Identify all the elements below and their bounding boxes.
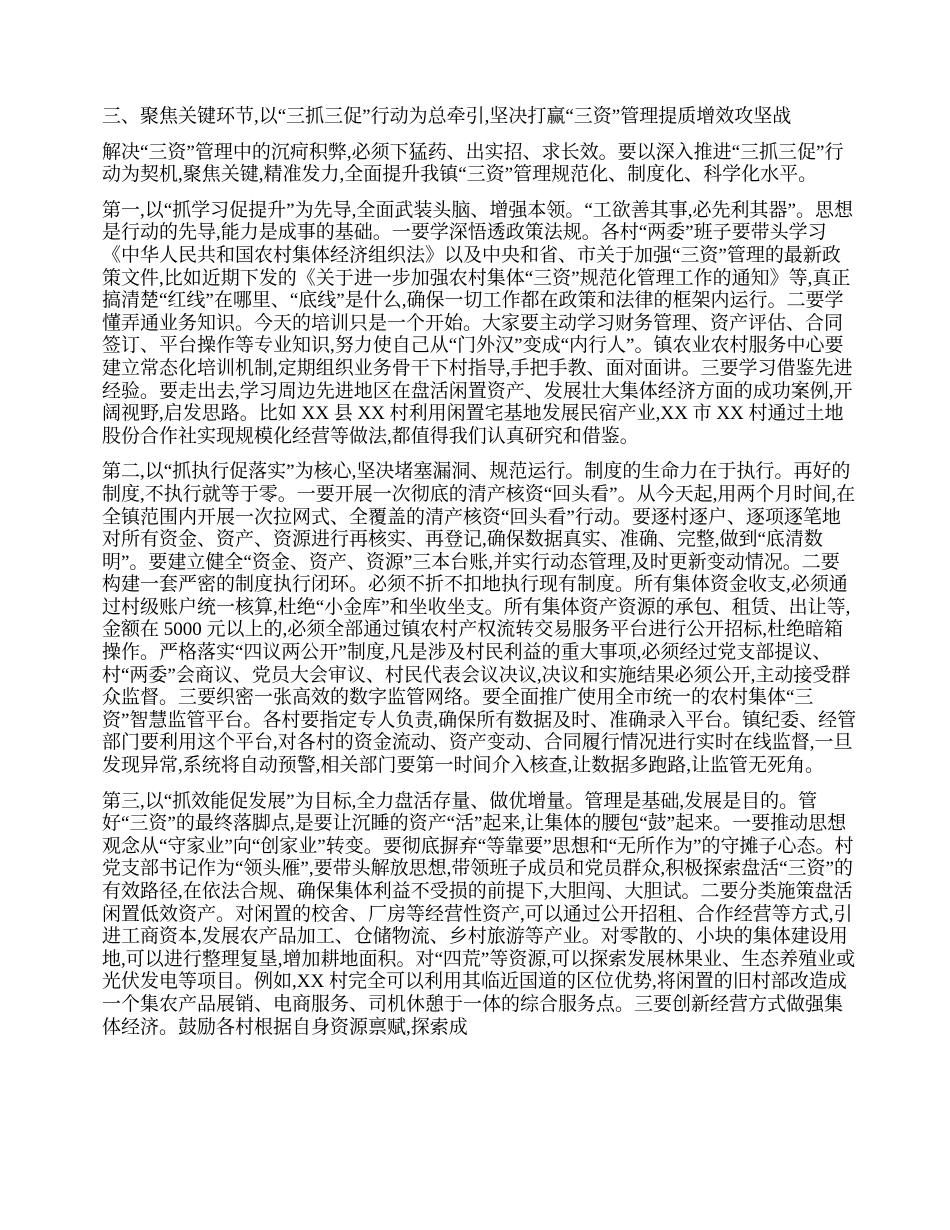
document-heading: 三、聚焦关键环节,以“三抓三促”行动为总牵引,坚决打赢“三资”管理提质增效攻坚战: [102, 106, 858, 129]
paragraph-point-one-learning: 第一,以“抓学习促提升”为先导,全面武装头脑、增强本领。“工欲善其事,必先利其器…: [102, 200, 858, 449]
paragraph-overview: 解决“三资”管理中的沉疴积弊,必须下猛药、出实招、求长效。要以深入推进“三抓三促…: [102, 142, 858, 187]
paragraph-point-three-development: 第三,以“抓效能促发展”为目标,全力盘活存量、做优增量。管理是基础,发展是目的。…: [102, 791, 858, 1040]
document-page: 三、聚焦关键环节,以“三抓三促”行动为总牵引,坚决打赢“三资”管理提质增效攻坚战…: [0, 0, 950, 1230]
paragraph-point-two-execution: 第二,以“抓执行促落实”为核心,坚决堵塞漏洞、规范运行。制度的生命力在于执行。再…: [102, 461, 858, 777]
